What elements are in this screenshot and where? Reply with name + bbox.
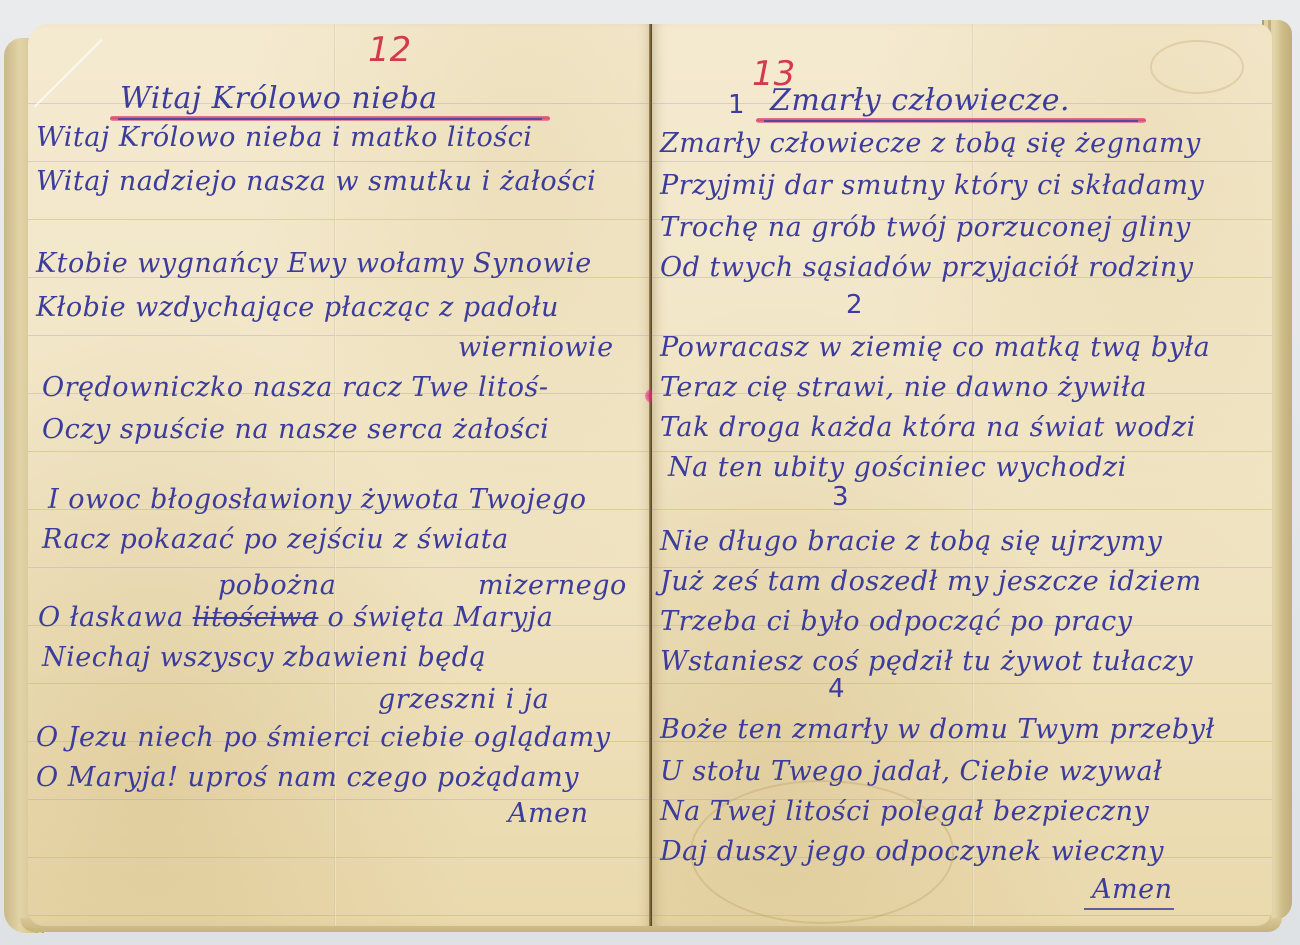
hymn-line: Witaj Królowo nieba i matko litości — [36, 124, 532, 151]
hymn-line: Na ten ubity gościniec wychodzi — [668, 454, 1127, 481]
hymn-line: Oczy spuście na nasze serca żałości — [42, 416, 549, 443]
hymn-line: Teraz cię strawi, nie dawno żywiła — [660, 374, 1147, 401]
hymn-line: Witaj nadziejo nasza w smutku i żałości — [36, 168, 596, 195]
hymn-line: Już ześ tam doszedł my jeszcze idziem — [660, 568, 1202, 595]
amen: Amen — [508, 800, 588, 827]
title-number: 1 — [728, 92, 745, 118]
line-part: O łaskawa — [38, 602, 184, 633]
right-page: 13 1 Zmarły człowiecze. Zmarły człowiecz… — [652, 24, 1272, 926]
hymn-line: Zmarły człowiecze z tobą się żegnamy — [660, 130, 1201, 157]
hymn-line: Ktobie wygnańcy Ewy wołamy Synowie — [36, 250, 592, 277]
hymn-line: O Maryja! uproś nam czego pożądamy — [36, 764, 579, 791]
hymn-line: Wstaniesz coś pędził tu żywot tułaczy — [660, 648, 1193, 675]
hymn-line: Orędowniczko nasza racz Twe litoś- — [42, 374, 549, 401]
hymn-line-continuation: grzeszni i ja — [378, 686, 549, 713]
title-underline — [756, 118, 1146, 123]
verse-number: 4 — [828, 676, 845, 702]
hymn-title: Zmarły człowiecze. — [770, 86, 1070, 116]
page-number: 12 — [368, 30, 411, 70]
hymn-line: Trochę na grób twój porzuconej gliny — [660, 214, 1191, 241]
hymn-line: O łaskawa litościwa o święta Maryja — [38, 604, 553, 631]
title-underline — [110, 116, 550, 121]
inserted-correction: pobożna — [218, 572, 336, 599]
water-stain — [1150, 40, 1244, 94]
hymn-line: Od twych sąsiadów przyjaciół rodziny — [660, 254, 1194, 281]
hymn-line: Przyjmij dar smutny który ci składamy — [660, 172, 1204, 199]
hymn-line: O Jezu niech po śmierci ciebie oglądamy — [36, 724, 610, 751]
hymn-line-continuation: wierniowie — [458, 334, 614, 361]
verse-number: 2 — [846, 292, 863, 318]
hymn-line: Powracasz w ziemię co matką twą była — [660, 334, 1210, 361]
amen-underline — [1084, 908, 1174, 910]
hymn-line: Nie długo bracie z tobą się ujrzymy — [660, 528, 1162, 555]
verse-number: 3 — [832, 484, 849, 510]
struck-word: litościwa — [193, 602, 319, 633]
hymn-line: Tak droga każda która na świat wodzi — [660, 414, 1196, 441]
left-page: 12 Witaj Królowo nieba Witaj Królowo nie… — [28, 24, 652, 926]
hymn-line: Boże ten zmarły w domu Twym przebył — [660, 716, 1215, 743]
hymn-line: Kłobie wzdychające płacząc z padołu — [36, 294, 559, 321]
line-continuation: mizernego — [478, 572, 627, 599]
amen: Amen — [1092, 876, 1172, 903]
water-stain — [690, 780, 954, 924]
line-part: o święta Maryja — [327, 602, 553, 633]
hymn-line: Niechaj wszyscy zbawieni będą — [42, 644, 486, 671]
hymn-title: Witaj Królowo nieba — [120, 84, 438, 114]
hymn-line: U stołu Twego jadał, Ciebie wzywał — [660, 758, 1162, 785]
hymn-line: Trzeba ci było odpocząć po pracy — [660, 608, 1133, 635]
hymn-line: I owoc błogosławiony żywota Twojego — [48, 486, 587, 513]
hymn-line: Racz pokazać po zejściu z świata — [42, 526, 509, 553]
